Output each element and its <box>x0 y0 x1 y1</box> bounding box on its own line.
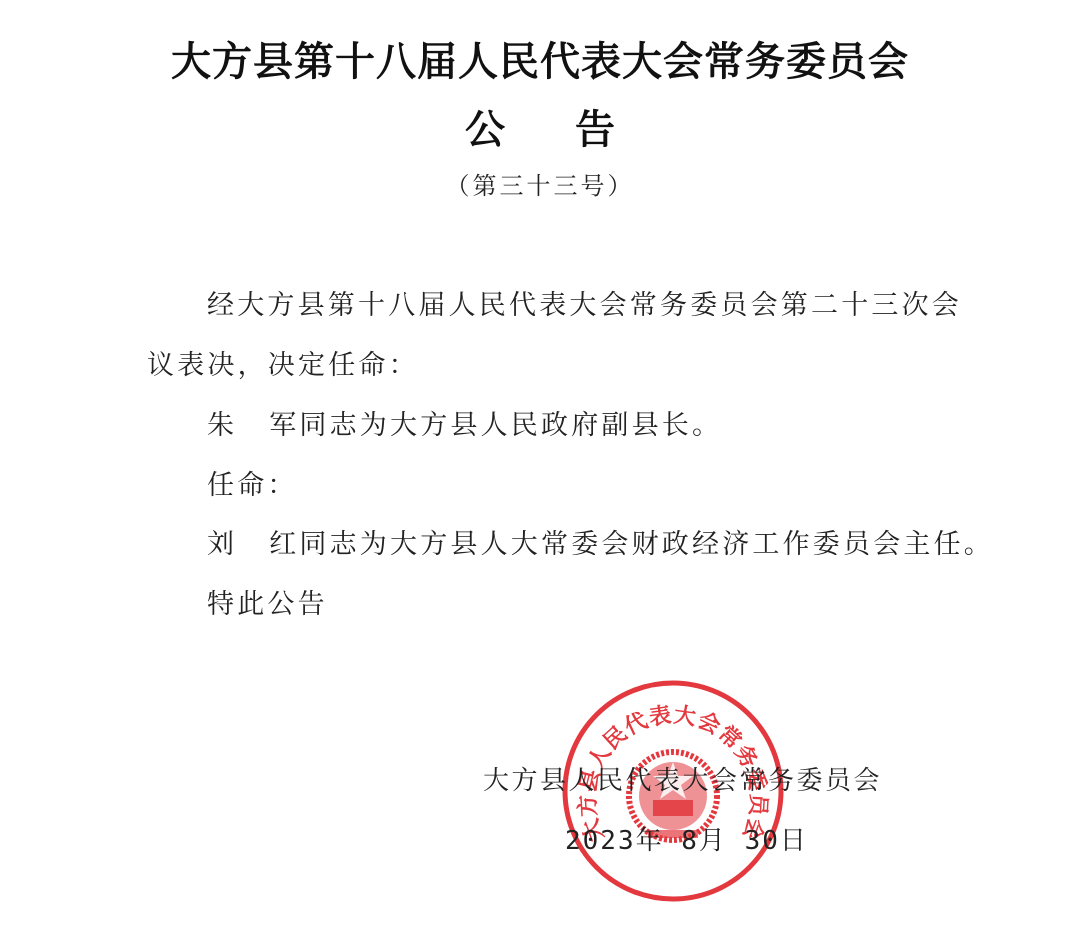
heading-char-2: 告 <box>575 98 615 155</box>
paragraph-line-2: 议表决，决定任命： <box>147 343 419 382</box>
appointment-text: 军同志为大方县人民政府副县长。 <box>269 410 722 441</box>
announcement-issuer-title: 大方县第十八届人民代表大会常务委员会 <box>0 30 1080 87</box>
announcement-heading: 公告 <box>0 98 1080 155</box>
closing-statement: 特此公告 <box>207 582 328 621</box>
section-label-appoint: 任命： <box>207 463 298 502</box>
appointment-1: 朱军同志为大方县人民政府副县长。 <box>207 403 722 442</box>
document-number: （第三十三号） <box>0 166 1080 201</box>
paragraph-line-1: 经大方县第十八届人民代表大会常务委员会第二十三次会 <box>207 283 962 322</box>
appointee-surname: 朱 <box>207 410 237 441</box>
appointee-surname: 刘 <box>207 529 237 560</box>
appointment-text: 红同志为大方县人大常委会财政经济工作委员会主任。 <box>269 529 994 560</box>
heading-char-1: 公 <box>465 98 505 155</box>
signature-organization: 大方县人民代表大会常务委员会 <box>483 760 882 797</box>
signature-date: 2023年 8月 30日 <box>565 820 808 857</box>
appointment-2: 刘红同志为大方县人大常委会财政经济工作委员会主任。 <box>207 522 994 561</box>
